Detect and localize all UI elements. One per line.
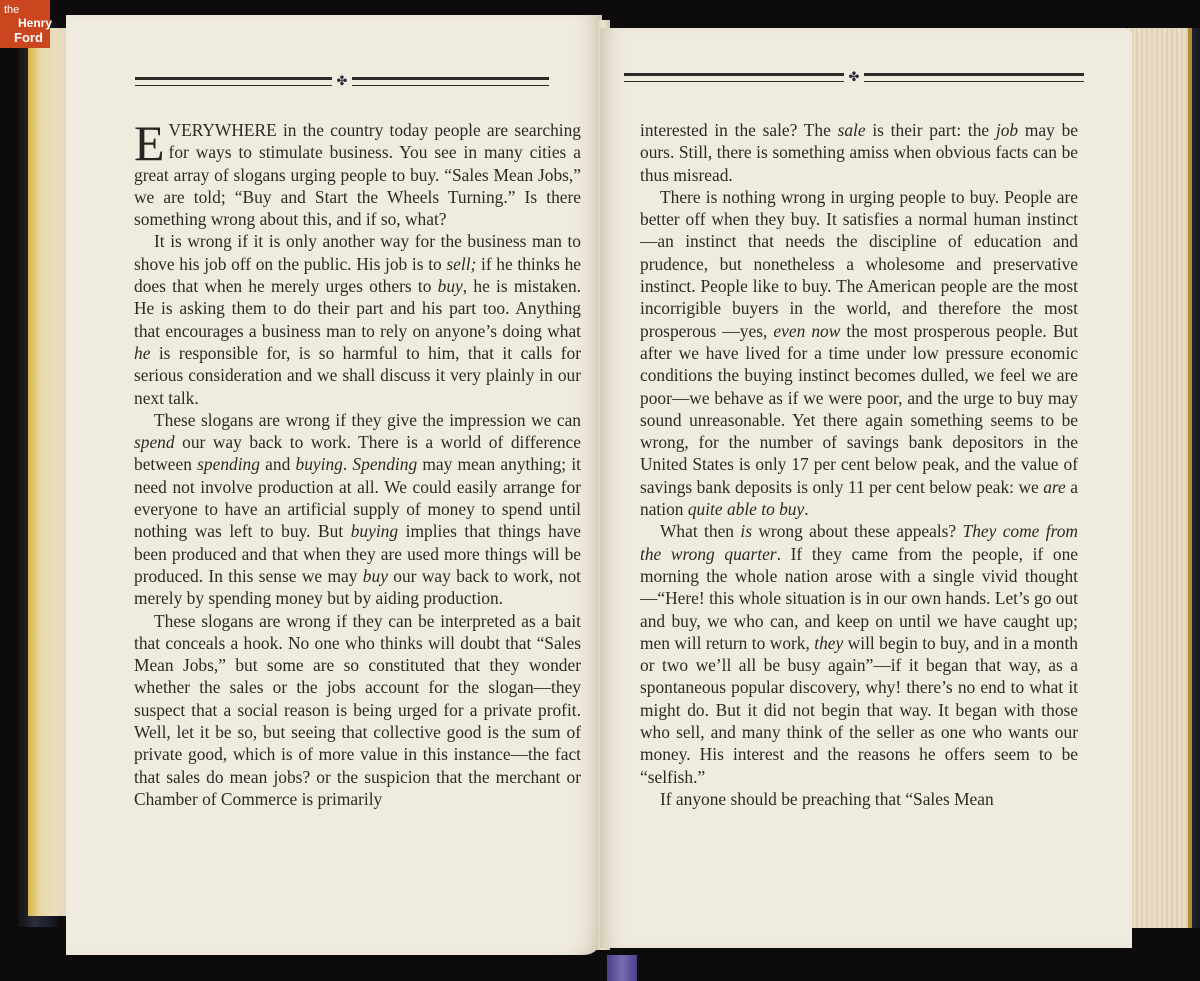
text-run: is their part: the: [866, 120, 996, 140]
header-ornament: ✤: [135, 75, 549, 87]
page-edges-left: [28, 28, 70, 916]
henry-ford-logo: the Henry Ford: [0, 0, 50, 48]
text-run: will begin to buy, and in a month or two…: [640, 633, 1078, 787]
paragraph-body: VERYWHERE in the country today people ar…: [134, 120, 581, 229]
fleuron-icon: ✤: [844, 71, 864, 83]
ornament-rule: [352, 77, 549, 86]
text-run: is responsible for, is so harmful to him…: [134, 343, 581, 408]
paragraph: These slogans are wrong if they give the…: [134, 409, 581, 610]
text-run: What then: [660, 521, 740, 541]
italic-text: is: [740, 521, 752, 541]
paragraph: There is nothing wrong in urging people …: [640, 186, 1078, 520]
italic-text: sale: [838, 120, 866, 140]
left-page: ✤ E VERYWHERE in the country today peopl…: [66, 15, 602, 955]
italic-text: quite able to buy: [688, 499, 804, 519]
text-run: There is nothing wrong in urging people …: [640, 187, 1078, 341]
italic-text: spend: [134, 432, 175, 452]
page-edges-right: [1128, 28, 1192, 928]
paragraph: These slogans are wrong if they can be i…: [134, 610, 581, 811]
italic-text: are: [1043, 477, 1066, 497]
fleuron-icon: ✤: [332, 75, 352, 87]
italic-text: buy: [363, 566, 388, 586]
text-run: .: [343, 454, 353, 474]
logo-ford: Ford: [14, 31, 43, 44]
italic-text: buy: [438, 276, 463, 296]
logo-henry: Henry: [18, 17, 52, 30]
italic-text: job: [996, 120, 1018, 140]
text-run: and: [260, 454, 296, 474]
drop-cap: E: [134, 124, 165, 162]
right-page: ✤ interested in the sale? The sale is th…: [600, 28, 1132, 948]
italic-text: spending: [197, 454, 260, 474]
paragraph: If anyone should be preaching that “Sale…: [640, 788, 1078, 810]
text-run: These slogans are wrong if they can be i…: [134, 611, 581, 809]
text-run: These slogans are wrong if they give the…: [154, 410, 581, 430]
ornament-rule: [135, 77, 332, 86]
right-page-text: interested in the sale? The sale is thei…: [640, 119, 1078, 810]
paragraph: E VERYWHERE in the country today people …: [134, 119, 581, 230]
header-ornament: ✤: [624, 71, 1084, 83]
text-run: wrong about these appeals?: [752, 521, 963, 541]
left-page-text: E VERYWHERE in the country today people …: [134, 119, 581, 810]
text-run: .: [804, 499, 808, 519]
text-run: interested in the sale? The: [640, 120, 838, 140]
logo-the: the: [4, 4, 19, 17]
text-run: If anyone should be preaching that “Sale…: [660, 789, 994, 809]
text-run: VERYWHERE in the country today people ar…: [134, 120, 581, 229]
italic-text: Spending: [352, 454, 417, 474]
italic-text: buying: [296, 454, 343, 474]
italic-text: he: [134, 343, 150, 363]
italic-text: even now: [773, 321, 840, 341]
paragraph: What then is wrong about these appeals? …: [640, 520, 1078, 788]
ornament-rule: [624, 73, 844, 82]
ornament-rule: [864, 73, 1084, 82]
paragraph: interested in the sale? The sale is thei…: [640, 119, 1078, 186]
text-run: the most prosperous people. But after we…: [640, 321, 1078, 497]
bookmark-ribbon: [607, 955, 637, 981]
paragraph: It is wrong if it is only another way fo…: [134, 230, 581, 408]
italic-text: sell;: [446, 254, 476, 274]
italic-text: they: [814, 633, 843, 653]
italic-text: buying: [351, 521, 398, 541]
